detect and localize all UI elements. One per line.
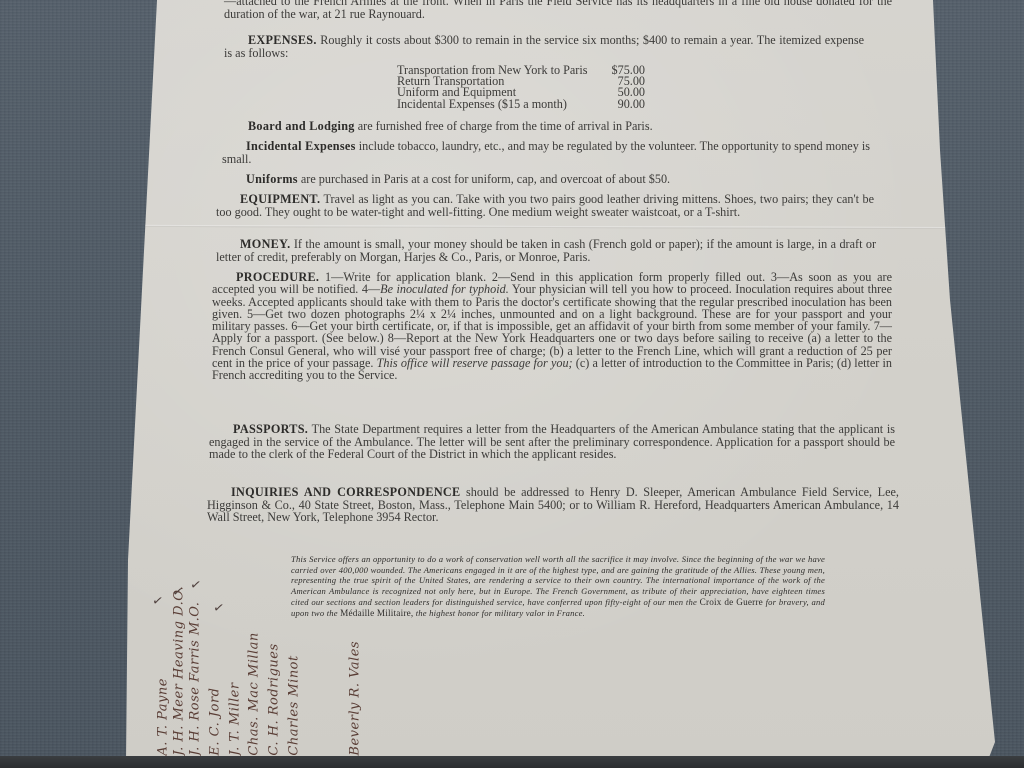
signature: Charles Minot (288, 655, 301, 755)
expenses-paragraph: EXPENSES. Roughly it costs about $300 to… (224, 34, 864, 59)
signature: Beverly R. Vales (349, 641, 362, 756)
expense-label: Incidental Expenses ($15 a month) (397, 99, 588, 110)
intro-text: —attached to the French Armies at the fr… (224, 0, 892, 21)
signature: A. T. Payne (157, 678, 170, 756)
signature: C. H. Rodrigues (268, 643, 281, 755)
checkmark-icon: ✓ (212, 602, 225, 616)
board-paragraph: Board and Lodging are furnished free of … (224, 120, 844, 133)
table-edge-shadow (0, 756, 1024, 768)
board-heading: Board and Lodging (248, 119, 355, 133)
expenses-text: Roughly it costs about $300 to remain in… (224, 33, 864, 60)
signature: E. C. Jord (209, 688, 222, 756)
closing-statement: This Service offers an opportunity to do… (291, 554, 825, 619)
incidental-heading: Incidental Expenses (246, 139, 356, 153)
expense-row: Incidental Expenses ($15 a month)90.00 (397, 99, 645, 110)
signature: J. H. Rose Farris M.O. (189, 602, 202, 756)
signature: J. T. Miller (229, 682, 242, 755)
fabric-background: —attached to the French Armies at the fr… (0, 0, 1024, 768)
closing-text-3: the highest honor for military valor in … (413, 608, 585, 618)
procedure-paragraph: PROCEDURE. 1—Write for application blank… (212, 271, 892, 382)
procedure-passage-note: This office will reserve passage for you… (377, 356, 573, 370)
passports-text: The State Department requires a letter f… (209, 422, 895, 461)
money-text: If the amount is small, your money shoul… (216, 237, 876, 264)
checkmark-icon: ✓ (151, 595, 164, 609)
intro-paragraph: —attached to the French Armies at the fr… (224, 0, 892, 20)
signature: Chas. Mac Millan (248, 632, 261, 755)
inquiries-paragraph: INQUIRIES AND CORRESPONDENCE should be a… (207, 486, 899, 524)
checkmark-icon: ✓ (189, 579, 202, 593)
passports-paragraph: PASSPORTS. The State Department requires… (209, 423, 895, 461)
croix-de-guerre: Croix de Guerre (700, 597, 763, 607)
paper-sheet: —attached to the French Armies at the fr… (0, 0, 1024, 768)
uniforms-heading: Uniforms (246, 172, 298, 186)
expense-amount: 90.00 (588, 99, 646, 110)
medaille-militaire: Médaille Militaire, (340, 608, 413, 618)
money-paragraph: MONEY. If the amount is small, your mone… (216, 238, 876, 263)
uniforms-paragraph: Uniforms are purchased in Paris at a cos… (222, 173, 842, 186)
board-text: are furnished free of charge from the ti… (355, 119, 653, 133)
document-body: —attached to the French Armies at the fr… (0, 0, 1024, 768)
equipment-paragraph: EQUIPMENT. Travel as light as you can. T… (216, 193, 874, 218)
uniforms-text: are purchased in Paris at a cost for uni… (298, 172, 670, 186)
checkmark-icon: ✓ (171, 586, 184, 600)
incidental-paragraph: Incidental Expenses include tobacco, lau… (222, 140, 870, 165)
signature: J. H. Meer Heaving D.O. (173, 586, 186, 756)
expense-table: Transportation from New York to Paris$75… (397, 65, 645, 110)
